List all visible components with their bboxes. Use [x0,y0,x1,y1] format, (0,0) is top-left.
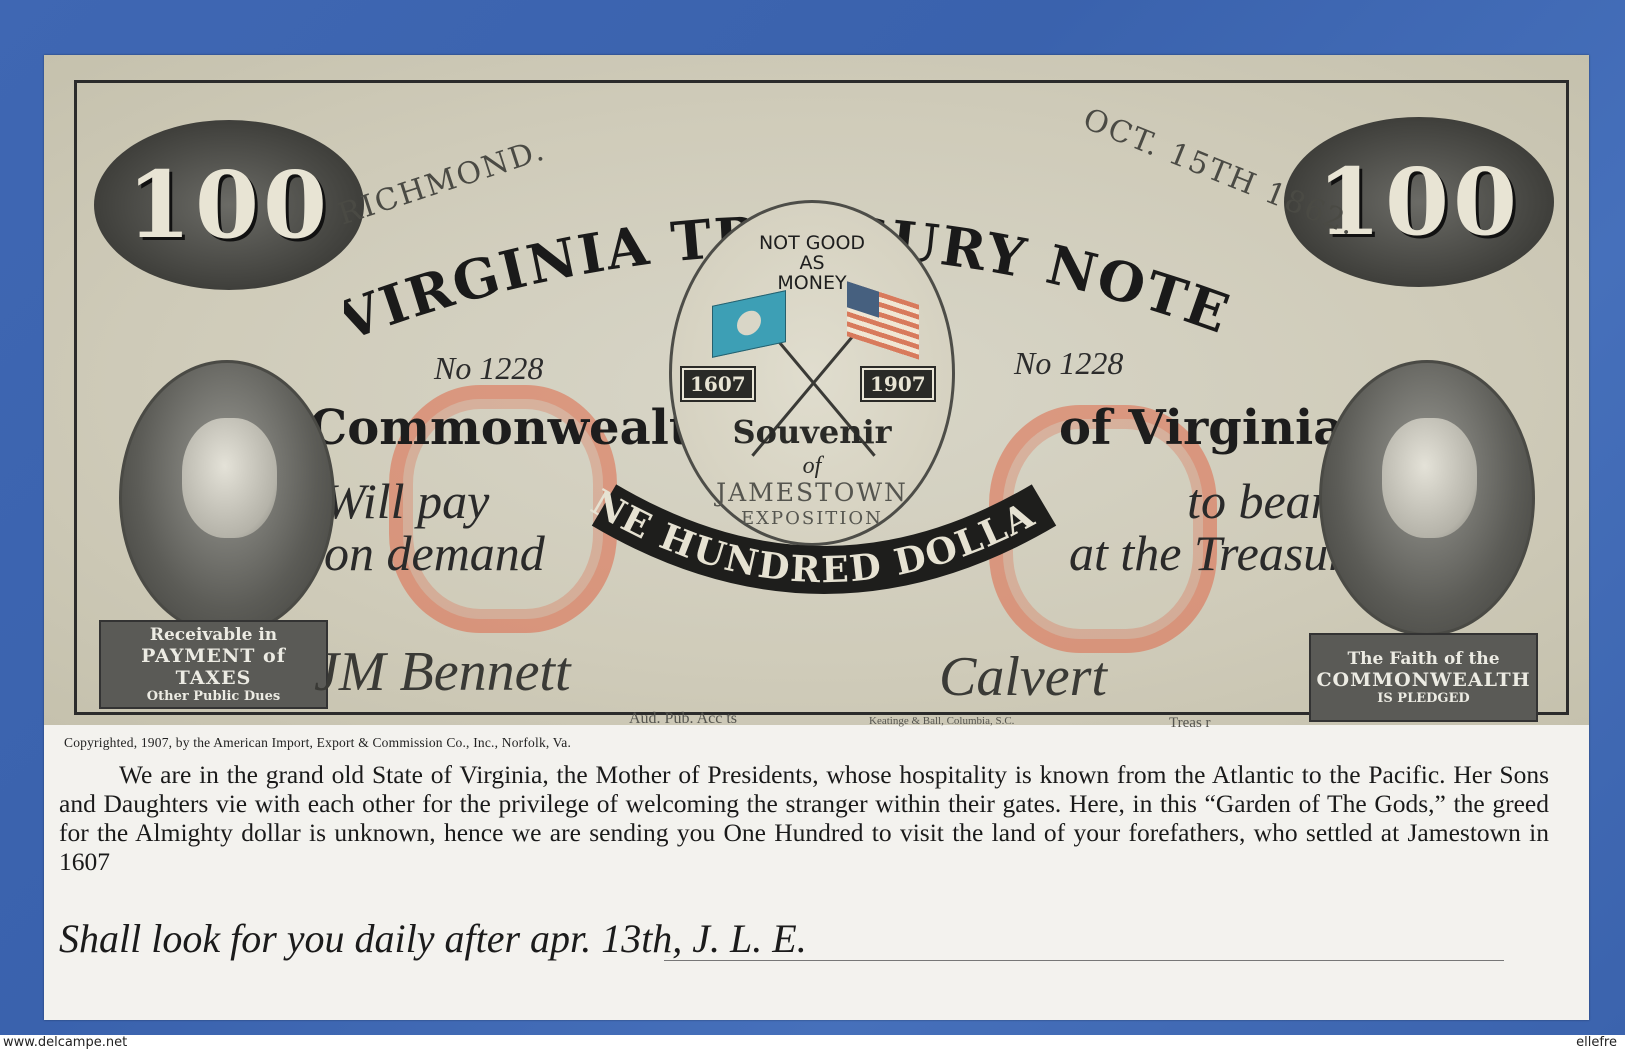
portrait-face [1382,418,1477,538]
banknote-image: 100 100 RICHMOND. OCT. 15TH 1862. VIRGIN… [44,55,1589,725]
will-pay-line: Will pay [324,475,545,527]
portrait-face [182,418,277,538]
virginia-flag-icon [712,290,786,358]
denomination-oval-left: 100 [94,120,364,290]
amount-banner-text: ONE HUNDRED DOLLARS [584,465,1041,591]
year-1907: 1907 [862,368,934,400]
seal-line: MONEY [672,273,952,293]
svg-text:ONE HUNDRED DOLLARS: ONE HUNDRED DOLLARS [584,465,1041,591]
amount-banner: ONE HUNDRED DOLLARS [584,465,1064,625]
postcard: 100 100 RICHMOND. OCT. 15TH 1862. VIRGIN… [44,55,1589,1020]
label-line: COMMONWEALTH [1311,669,1536,691]
souvenir-text: Souvenir [672,413,952,451]
of-virginia-text: of Virginia. [1059,400,1361,456]
label-line: Other Public Dues [101,689,326,704]
treasurer-label: Treas r [1169,715,1211,732]
will-pay-text: Will pay on demand [324,475,545,579]
faith-label: The Faith of the COMMONWEALTH IS PLEDGED [1309,633,1538,722]
printer-imprint: Keatinge & Ball, Columbia, S.C. [869,715,1014,727]
us-flag-icon [847,281,919,359]
denomination-left: 100 [127,151,331,259]
copyright-line: Copyrighted, 1907, by the American Impor… [64,735,571,751]
serial-number-right: No 1228 [1014,345,1123,382]
not-good-as-money: NOT GOOD AS MONEY [672,233,952,293]
label-line: PAYMENT of TAXES [101,645,326,689]
seal-line: AS [672,253,952,273]
serial-number-left: No 1228 [434,350,543,387]
label-line: The Faith of the [1311,649,1536,669]
handwritten-note: Shall look for you daily after apr. 13th… [59,915,807,962]
watermark-seller: ellefre [1576,1035,1617,1050]
receivable-label: Receivable in PAYMENT of TAXES Other Pub… [99,620,328,709]
portrait-washington [119,360,335,636]
writing-line [664,960,1504,961]
label-line: Receivable in [101,625,326,645]
commonwealth-text: Commonwealth [309,400,726,456]
year-1607: 1607 [682,368,754,400]
seal-line: NOT GOOD [672,233,952,253]
portrait-allegorical-woman [1319,360,1535,636]
label-line: IS PLEDGED [1311,691,1536,706]
watermark-site: www.delcampe.net [3,1035,127,1050]
auditor-label: Aud. Pub. Acc ts [629,710,737,728]
signature-left: JM Bennett [314,640,571,704]
on-demand-line: on demand [324,527,545,579]
printed-message: We are in the grand old State of Virgini… [59,760,1549,876]
signature-right: Calvert [939,645,1107,709]
